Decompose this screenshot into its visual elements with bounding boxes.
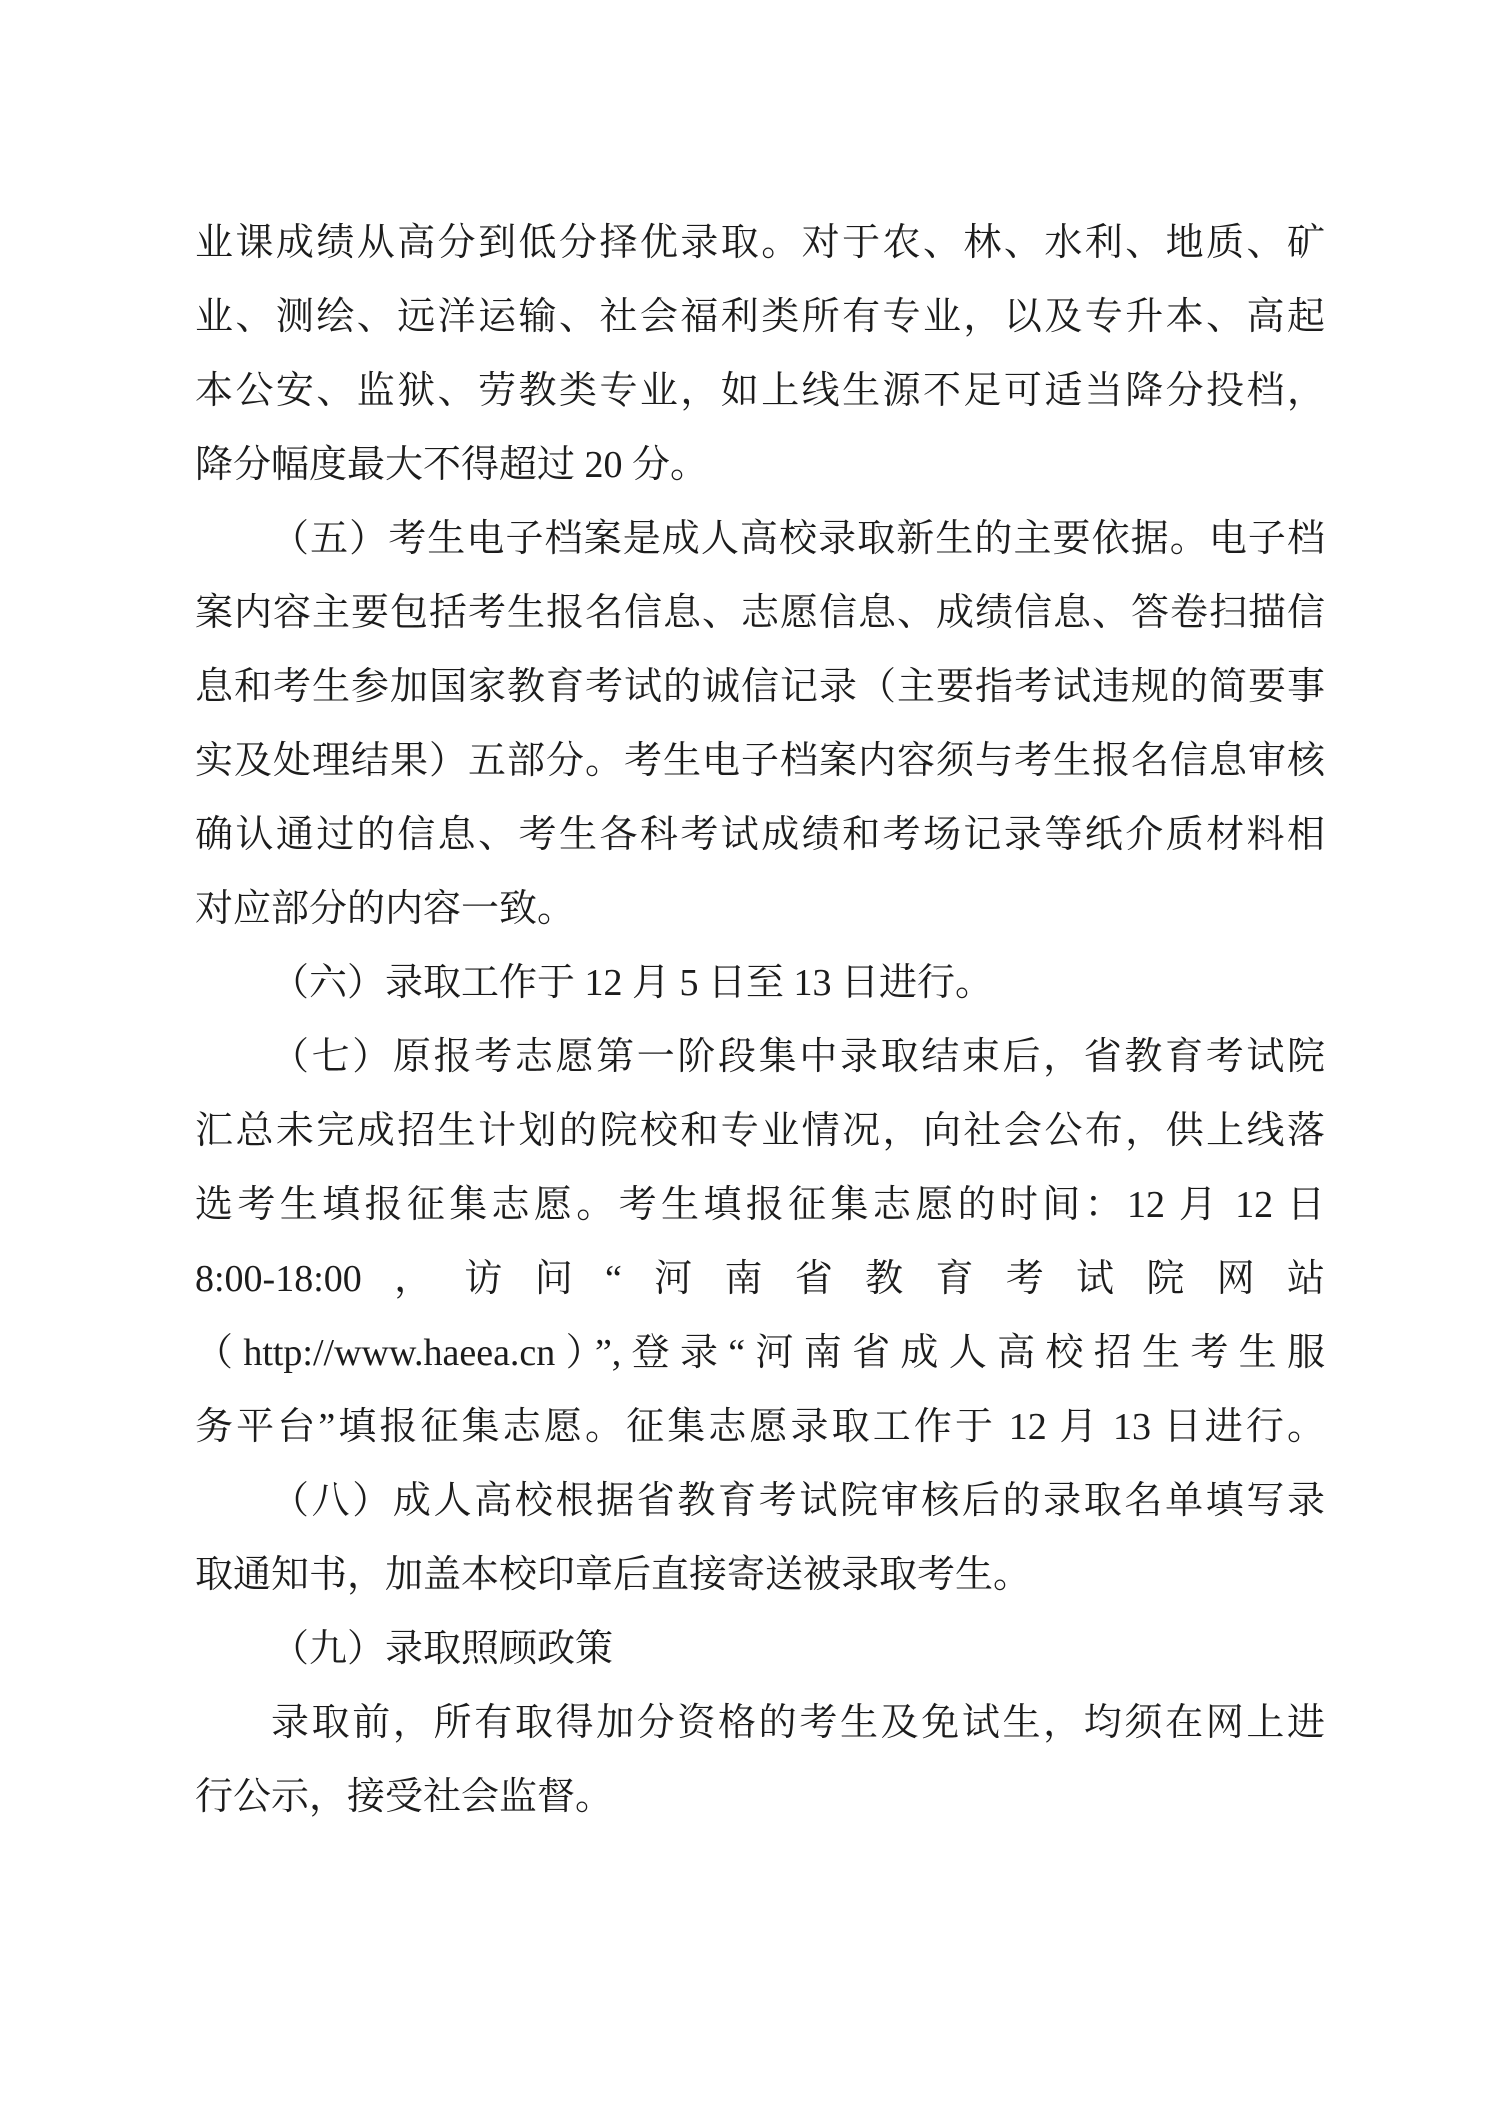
text-line: （八）成人高校根据省教育考试院审核后的录取名单填写录 <box>195 1464 1325 1538</box>
paragraph-item-6-admission-dates: （六）录取工作于 12 月 5 日至 13 日进行。 <box>195 946 1325 1020</box>
text-line: 对应部分的内容一致。 <box>195 872 1325 946</box>
paragraph-item-9-preferential-policy-heading: （九）录取照顾政策 <box>195 1612 1325 1686</box>
text-line: （九）录取照顾政策 <box>195 1612 1325 1686</box>
text-line: 实及处理结果）五部分。考生电子档案内容须与考生报名信息审核 <box>195 724 1325 798</box>
paragraph-item-7-supplementary-volunteer: （七）原报考志愿第一阶段集中录取结束后，省教育考试院 汇总未完成招生计划的院校和… <box>195 1020 1325 1464</box>
document-page: 业课成绩从高分到低分择优录取。对于农、林、水利、地质、矿 业、测绘、远洋运输、社… <box>0 0 1497 2117</box>
text-line: 务平台”填报征集志愿。征集志愿录取工作于 12 月 13 日进行。 <box>195 1390 1325 1464</box>
text-line: 业课成绩从高分到低分择优录取。对于农、林、水利、地质、矿 <box>195 206 1325 280</box>
paragraph-item-5-electronic-archive: （五）考生电子档案是成人高校录取新生的主要依据。电子档 案内容主要包括考生报名信… <box>195 502 1325 946</box>
text-line: 8:00-18:00，访问“河南省教育考试院网站 <box>195 1242 1325 1316</box>
text-line: 业、测绘、远洋运输、社会福利类所有专业，以及专升本、高起 <box>195 280 1325 354</box>
text-line: （六）录取工作于 12 月 5 日至 13 日进行。 <box>195 946 1325 1020</box>
text-line: （http://www.haeea.cn）”,登录“河南省成人高校招生考生服 <box>195 1316 1325 1390</box>
text-line: （七）原报考志愿第一阶段集中录取结束后，省教育考试院 <box>195 1020 1325 1094</box>
text-line: 案内容主要包括考生报名信息、志愿信息、成绩信息、答卷扫描信 <box>195 576 1325 650</box>
text-line: 取通知书，加盖本校印章后直接寄送被录取考生。 <box>195 1538 1325 1612</box>
text-line: 行公示，接受社会监督。 <box>195 1760 1325 1834</box>
text-line: （五）考生电子档案是成人高校录取新生的主要依据。电子档 <box>195 502 1325 576</box>
paragraph-public-notice: 录取前，所有取得加分资格的考生及免试生，均须在网上进 行公示，接受社会监督。 <box>195 1686 1325 1834</box>
text-line: 息和考生参加国家教育考试的诚信记录（主要指考试违规的简要事 <box>195 650 1325 724</box>
paragraph-item-8-admission-notice: （八）成人高校根据省教育考试院审核后的录取名单填写录 取通知书，加盖本校印章后直… <box>195 1464 1325 1612</box>
text-line: 降分幅度最大不得超过 20 分。 <box>195 428 1325 502</box>
text-line: 确认通过的信息、考生各科考试成绩和考场记录等纸介质材料相 <box>195 798 1325 872</box>
text-line: 汇总未完成招生计划的院校和专业情况，向社会公布，供上线落 <box>195 1094 1325 1168</box>
text-line: 选考生填报征集志愿。考生填报征集志愿的时间：12 月 12 日 <box>195 1168 1325 1242</box>
paragraph-admission-rules: 业课成绩从高分到低分择优录取。对于农、林、水利、地质、矿 业、测绘、远洋运输、社… <box>195 206 1325 502</box>
text-line: 本公安、监狱、劳教类专业，如上线生源不足可适当降分投档， <box>195 354 1325 428</box>
text-line: 录取前，所有取得加分资格的考生及免试生，均须在网上进 <box>195 1686 1325 1760</box>
